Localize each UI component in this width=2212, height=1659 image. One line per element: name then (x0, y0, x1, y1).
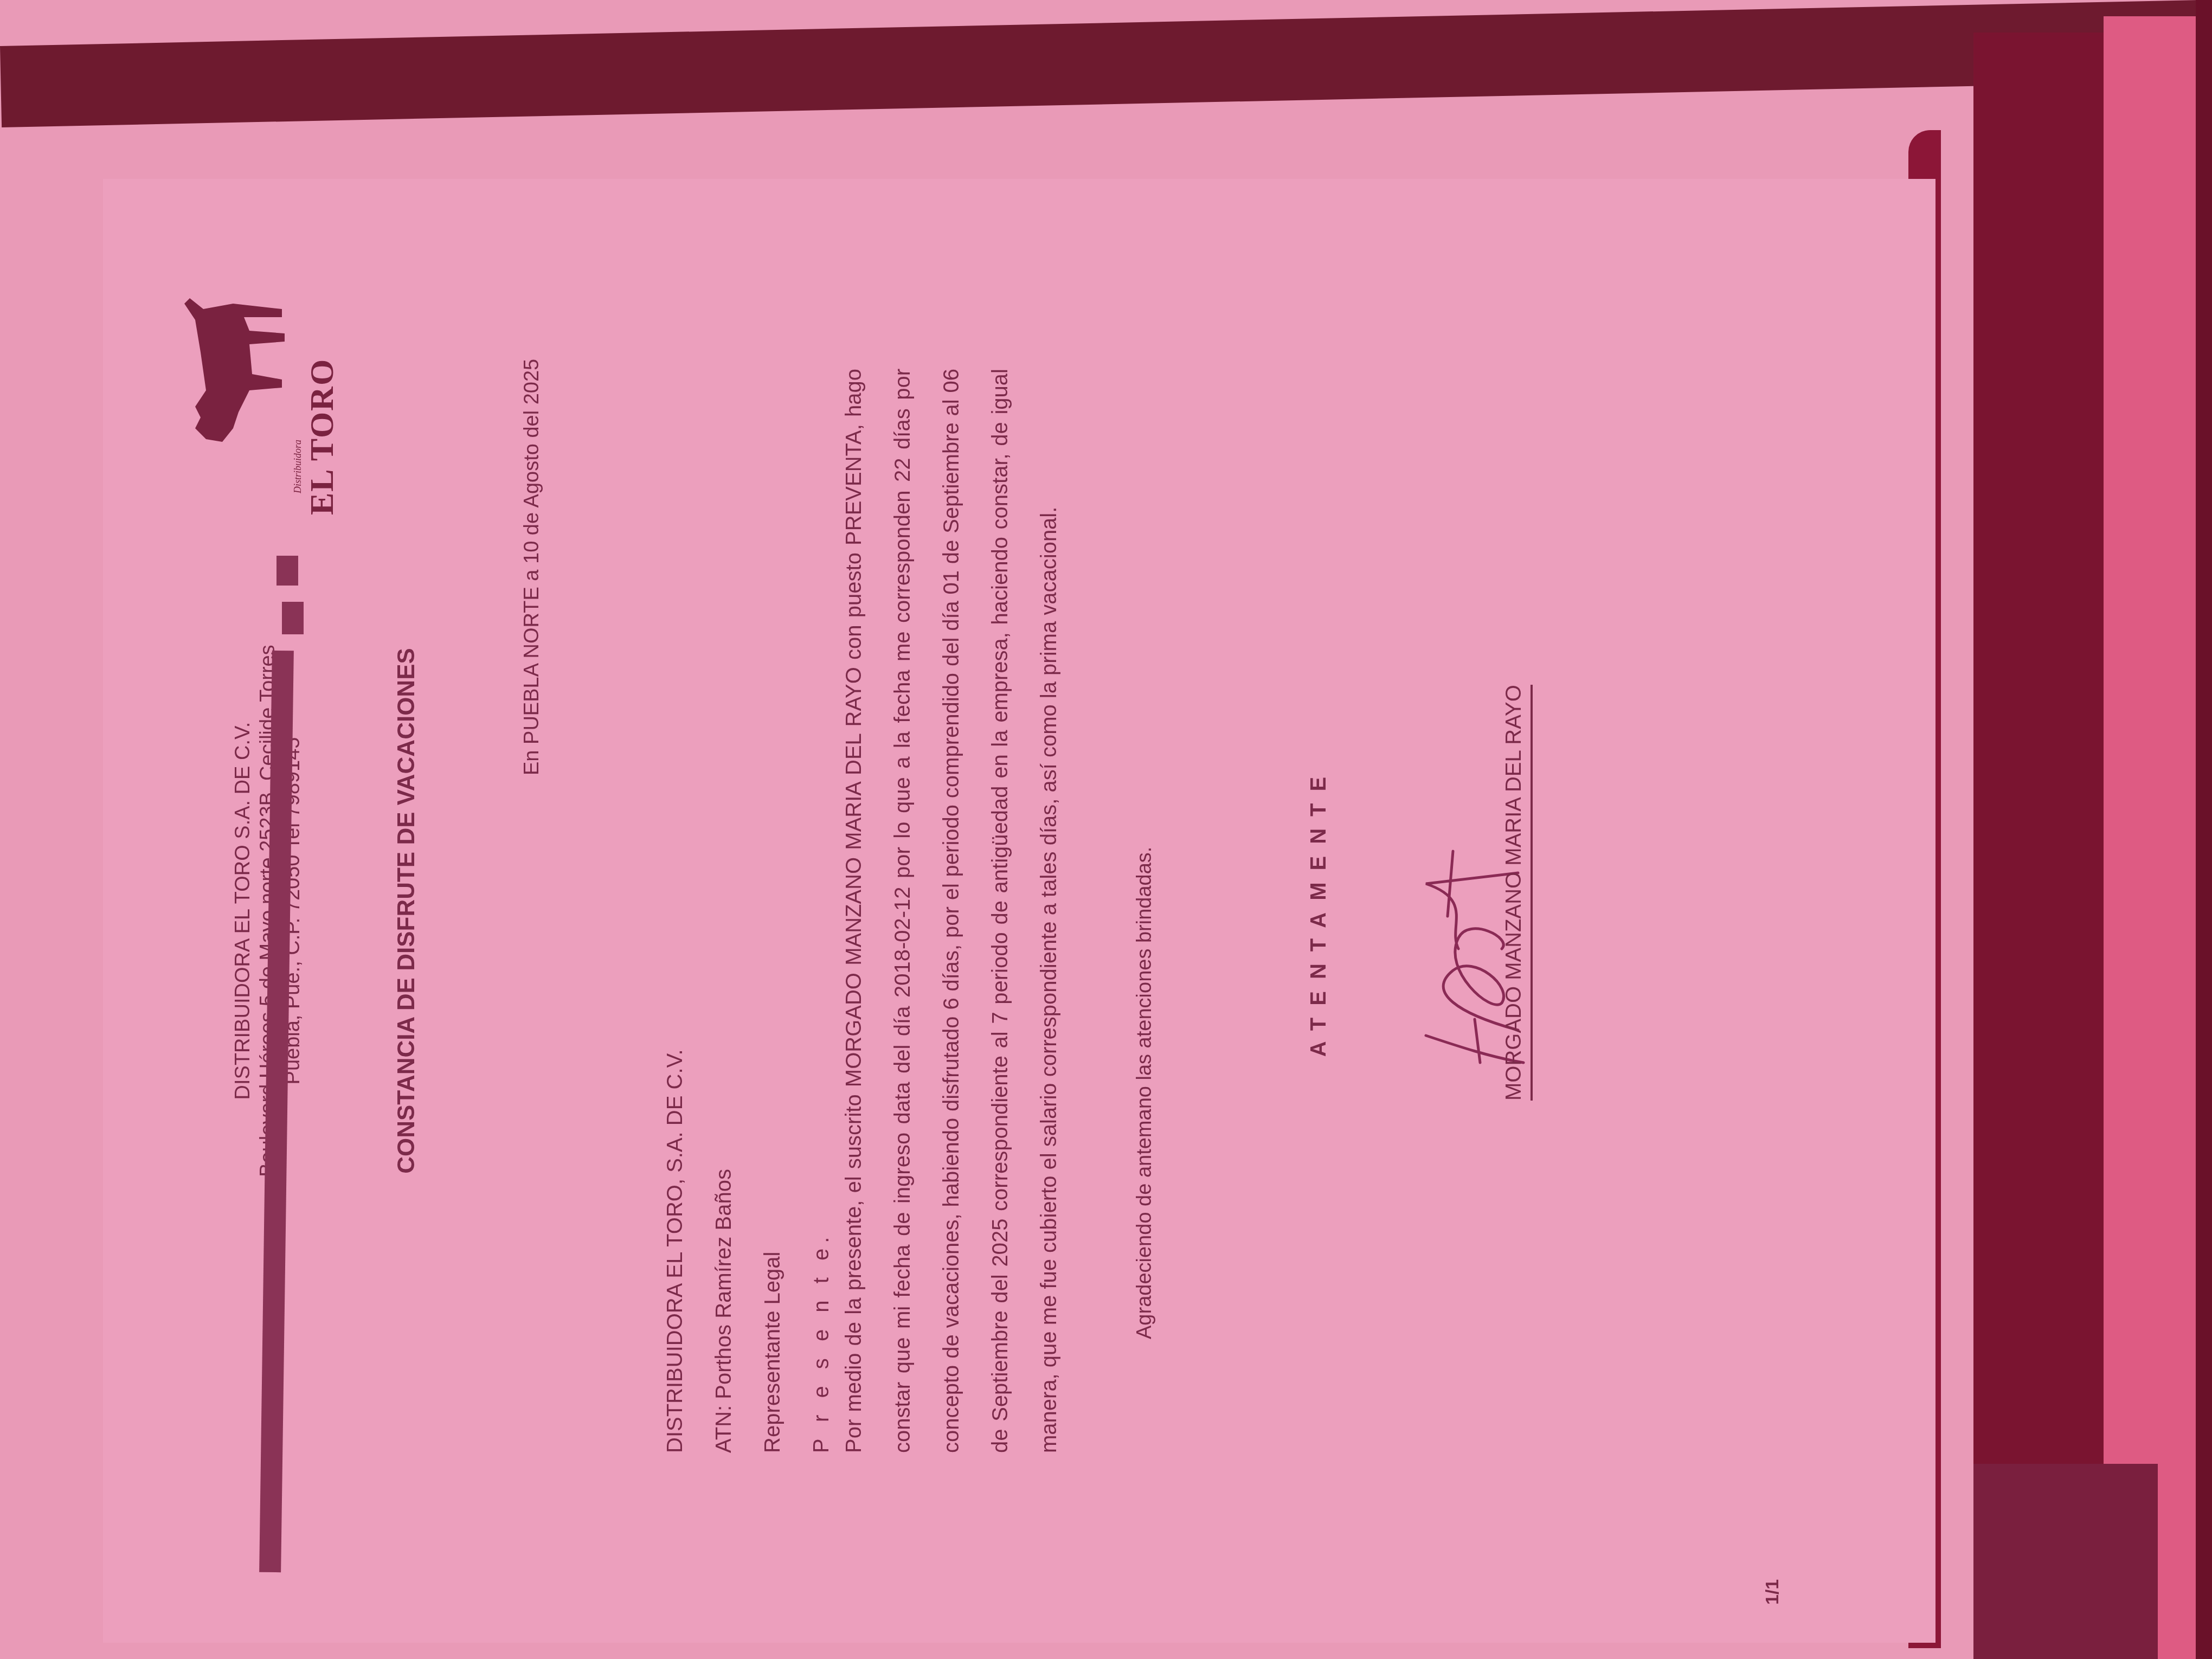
body-paragraph: Por medio de la presente, el suscrito MO… (829, 369, 1073, 1453)
sign-off: ATENTAMENTE (1307, 179, 1331, 1643)
bull-icon (173, 287, 293, 450)
page-number: 1/1 (1762, 1579, 1783, 1605)
background-lit-panel (2104, 16, 2196, 1659)
company-logo: Distribuidora EL TORO (179, 276, 342, 515)
letter-page: DISTRIBUIDORA EL TORO S.A. DE C.V. Boule… (103, 179, 1935, 1643)
place-and-date: En PUEBLA NORTE a 10 de Agosto del 2025 (520, 359, 544, 775)
decorative-bar-small (282, 602, 304, 634)
addressee-block: DISTRIBUIDORA EL TORO, S.A. DE C.V. ATN:… (651, 1049, 846, 1453)
document-title: CONSTANCIA DE DISFRUTE DE VACACIONES (393, 179, 420, 1643)
addressee-company: DISTRIBUIDORA EL TORO, S.A. DE C.V. (651, 1049, 699, 1453)
logo-wordmark: EL TORO (303, 358, 342, 515)
logo-subtitle: Distribuidora (292, 440, 304, 493)
addressee-attention: ATN: Porthos Ramírez Baños (699, 1049, 748, 1453)
signer-name: MORGADO MANZANO MARIA DEL RAYO (1502, 685, 1533, 1101)
background-edge (2196, 0, 2212, 1659)
background-dark-strip (0, 0, 2212, 127)
background-bottom-panel (1973, 1464, 2158, 1659)
closing-thanks: Agradeciendo de antemano las atenciones … (1133, 847, 1156, 1339)
decorative-bar-small (276, 556, 298, 586)
background-dark-panel (1973, 33, 2104, 1659)
addressee-role: Representante Legal (748, 1049, 797, 1453)
